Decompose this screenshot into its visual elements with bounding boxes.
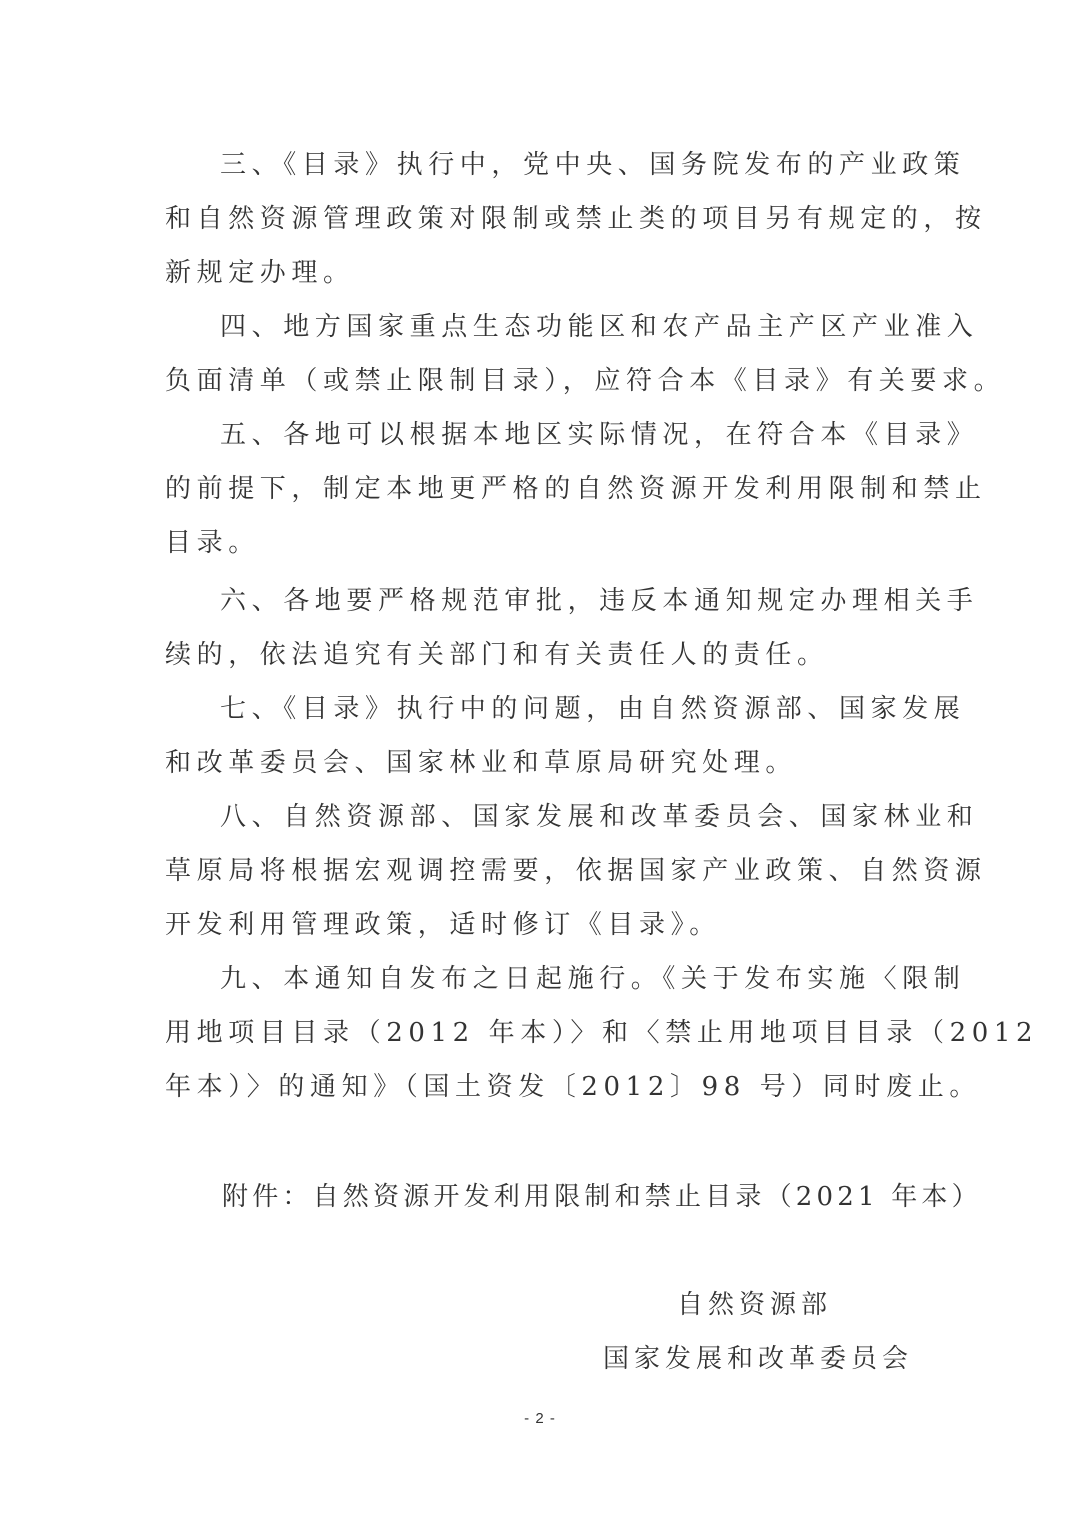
paragraph-item-5-line-3: 目录。 — [165, 528, 925, 558]
paragraph-item-8-line-2: 草原局将根据宏观调控需要，依据国家产业政策、自然资源 — [165, 856, 925, 886]
paragraph-item-9-line-2: 用地项目目录（2012 年本）〉和〈禁止用地项目目录（2012 — [165, 1018, 925, 1048]
paragraph-item-7-line-2: 和改革委员会、国家林业和草原局研究处理。 — [165, 748, 925, 778]
paragraph-item-7-line-1: 七、《目录》执行中的问题，由自然资源部、国家发展 — [220, 694, 980, 724]
paragraph-item-8-line-1: 八、自然资源部、国家发展和改革委员会、国家林业和 — [220, 802, 980, 832]
attachment-note: 附件：自然资源开发利用限制和禁止目录（2021 年本） — [222, 1182, 982, 1212]
document-page: 三、《目录》执行中，党中央、国务院发布的产业政策 和自然资源管理政策对限制或禁止… — [0, 0, 1080, 1527]
paragraph-item-4-line-1: 四、地方国家重点生态功能区和农产品主产区产业准入 — [220, 312, 980, 342]
paragraph-item-9-line-3: 年本）〉的通知》（国土资发〔2012〕98 号）同时废止。 — [165, 1072, 925, 1102]
paragraph-item-9-line-1: 九、本通知自发布之日起施行。《关于发布实施〈限制 — [220, 964, 980, 994]
paragraph-item-4-line-2: 负面清单（或禁止限制目录），应符合本《目录》有关要求。 — [165, 366, 925, 396]
signature-ndrc: 国家发展和改革委员会 — [603, 1344, 1080, 1374]
page-number: - 2 - — [0, 1410, 1080, 1427]
paragraph-item-3-line-1: 三、《目录》执行中，党中央、国务院发布的产业政策 — [220, 150, 980, 180]
paragraph-item-3-line-2: 和自然资源管理政策对限制或禁止类的项目另有规定的，按 — [165, 204, 925, 234]
signature-ministry-natural-resources: 自然资源部 — [677, 1290, 1080, 1320]
paragraph-item-3-line-3: 新规定办理。 — [165, 258, 925, 288]
paragraph-item-5-line-2: 的前提下，制定本地更严格的自然资源开发利用限制和禁止 — [165, 474, 925, 504]
paragraph-item-6-line-1: 六、各地要严格规范审批，违反本通知规定办理相关手 — [220, 586, 980, 616]
paragraph-item-6-line-2: 续的，依法追究有关部门和有关责任人的责任。 — [165, 640, 925, 670]
paragraph-item-8-line-3: 开发利用管理政策，适时修订《目录》。 — [165, 910, 925, 940]
paragraph-item-5-line-1: 五、各地可以根据本地区实际情况，在符合本《目录》 — [220, 420, 980, 450]
